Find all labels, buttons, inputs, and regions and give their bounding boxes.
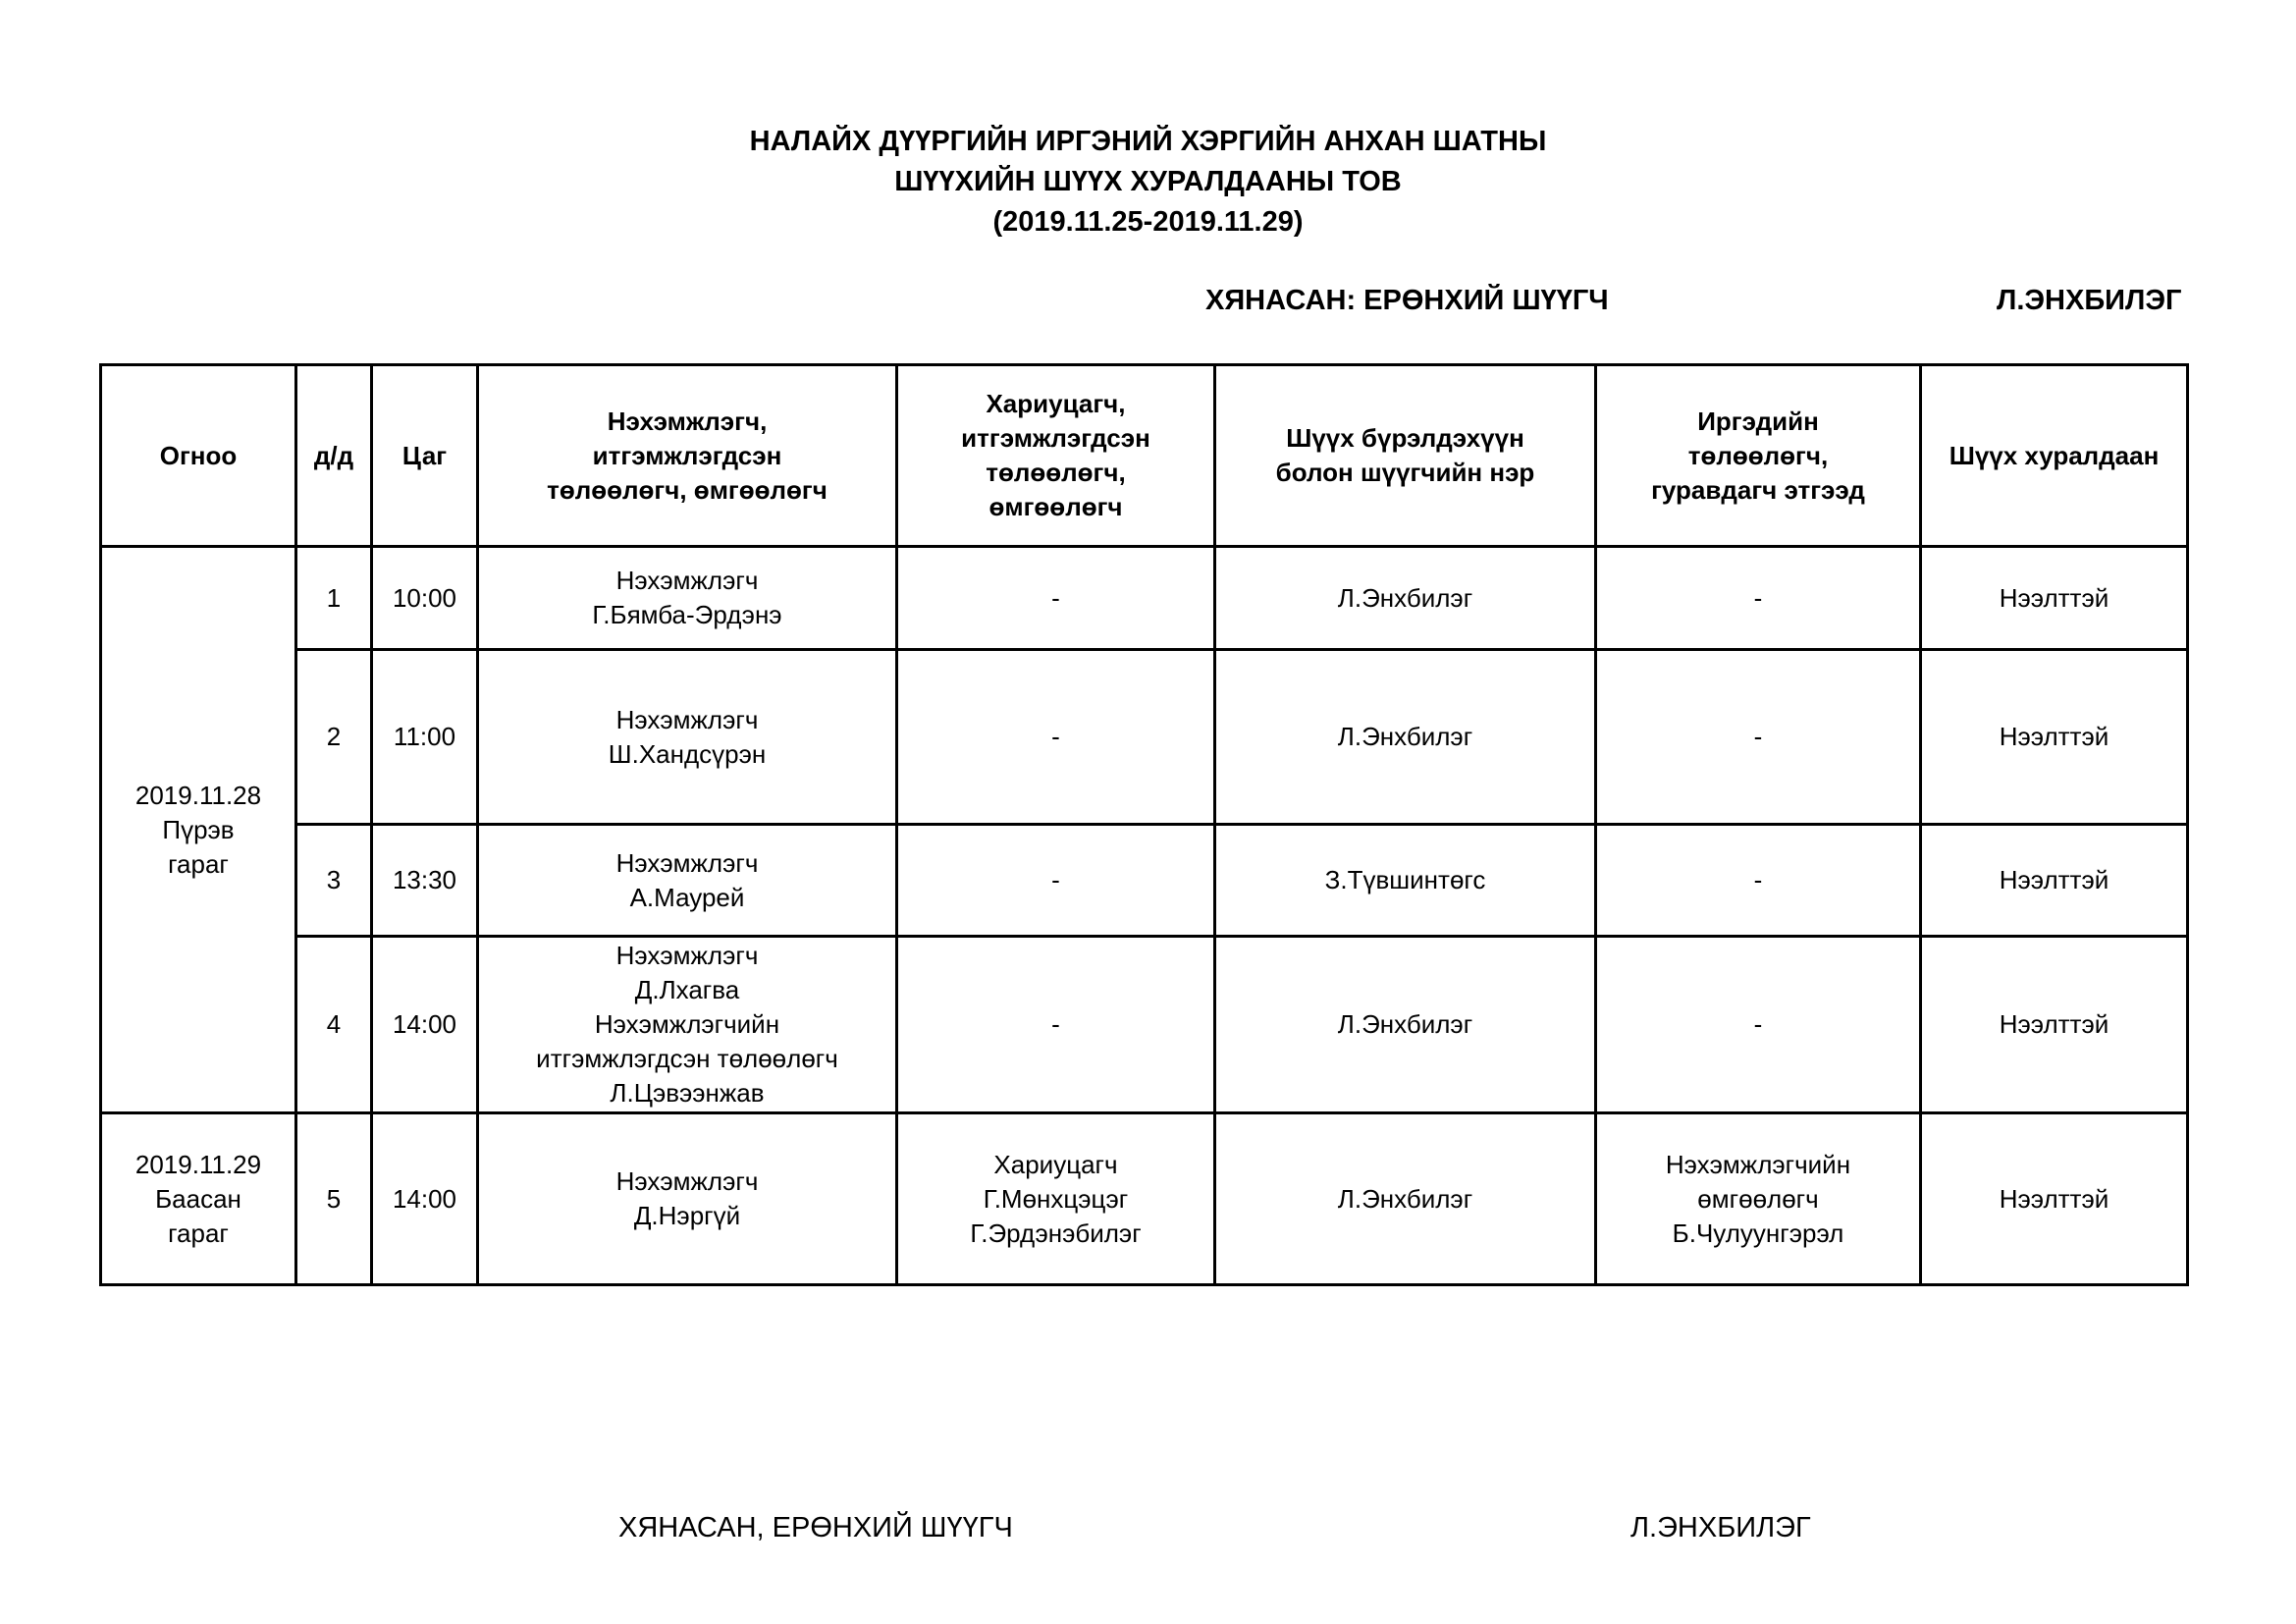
cell-line: Шүүх бүрэлдэхүүн xyxy=(1220,421,1590,456)
date-value: 2019.11.29 xyxy=(106,1148,291,1182)
row-defendant: - xyxy=(897,650,1215,825)
row-judge: Л.Энхбилэг xyxy=(1215,547,1596,650)
row-hearing-status: Нээлттэй xyxy=(1921,650,2188,825)
row-plaintiff: НэхэмжлэгчА.Маурей xyxy=(478,825,897,937)
row-time: 13:30 xyxy=(372,825,478,937)
cell-line: Нэхэмжлэгчийн xyxy=(483,1007,891,1042)
cell-line: Д.Лхагва xyxy=(483,973,891,1007)
cell-line: - xyxy=(902,720,1209,754)
cell-line: Д.Нэргүй xyxy=(483,1199,891,1233)
cell-line: Хариуцагч, xyxy=(902,387,1209,421)
header-plaintiff: Нэхэмжлэгч,итгэмжлэгдсэнтөлөөлөгч, өмгөө… xyxy=(478,365,897,547)
header-defendant: Хариуцагч,итгэмжлэгдсэнтөлөөлөгч,өмгөөлө… xyxy=(897,365,1215,547)
cell-line: Ш.Хандсүрэн xyxy=(483,737,891,772)
row-judge: Л.Энхбилэг xyxy=(1215,937,1596,1113)
row-plaintiff: НэхэмжлэгчШ.Хандсүрэн xyxy=(478,650,897,825)
reviewer-bottom-label: ХЯНАСАН, ЕРӨНХИЙ ШҮҮГЧ xyxy=(618,1512,1013,1544)
cell-line: итгэмжлэгдсэн төлөөлөгч xyxy=(483,1042,891,1076)
cell-line: итгэмжлэгдсэн xyxy=(483,439,891,473)
row-citizen-rep: НэхэмжлэгчийнөмгөөлөгчБ.Чулуунгэрэл xyxy=(1596,1113,1921,1285)
row-citizen-rep: - xyxy=(1596,825,1921,937)
title-line-1: НАЛАЙХ ДҮҮРГИЙН ИРГЭНИЙ ХЭРГИЙН АНХАН ША… xyxy=(0,122,2296,162)
header-judge: Шүүх бүрэлдэхүүнболон шүүгчийн нэр xyxy=(1215,365,1596,547)
cell-line: Г.Эрдэнэбилэг xyxy=(902,1217,1209,1251)
row-defendant: ХариуцагчГ.МөнхцэцэгГ.Эрдэнэбилэг xyxy=(897,1113,1215,1285)
cell-line: Нэхэмжлэгч xyxy=(483,703,891,737)
cell-line: Нэхэмжлэгчийн xyxy=(1601,1148,1915,1182)
cell-line: төлөөлөгч, өмгөөлөгч xyxy=(483,473,891,508)
cell-line: болон шүүгчийн нэр xyxy=(1220,456,1590,490)
weekday-line: Баасан xyxy=(106,1182,291,1217)
cell-line: д/д xyxy=(301,439,366,473)
cell-line: өмгөөлөгч xyxy=(1601,1182,1915,1217)
header-citizen-rep: Иргэдийнтөлөөлөгч,гуравдагч этгээд xyxy=(1596,365,1921,547)
cell-line: Нэхэмжлэгч xyxy=(483,846,891,881)
reviewer-top-label: ХЯНАСАН: ЕРӨНХИЙ ШҮҮГЧ xyxy=(1205,285,1609,317)
weekday-line: гараг xyxy=(106,847,291,882)
header-time: Цаг xyxy=(372,365,478,547)
row-citizen-rep: - xyxy=(1596,937,1921,1113)
table-row: 2019.11.29 Баасан гараг 5 14:00 Нэхэмжлэ… xyxy=(101,1113,2188,1285)
cell-line: төлөөлөгч, xyxy=(902,456,1209,490)
row-number: 4 xyxy=(296,937,372,1113)
row-judge: З.Түвшинтөгс xyxy=(1215,825,1596,937)
row-hearing-status: Нээлттэй xyxy=(1921,825,2188,937)
table-header-row: Огноо д/д Цаг Нэхэмжлэгч,итгэмжлэгдсэнтө… xyxy=(101,365,2188,547)
row-citizen-rep: - xyxy=(1596,547,1921,650)
cell-line: Г.Мөнхцэцэг xyxy=(902,1182,1209,1217)
cell-line: - xyxy=(902,863,1209,897)
cell-line: Нэхэмжлэгч xyxy=(483,1164,891,1199)
cell-line: - xyxy=(902,1007,1209,1042)
row-judge: Л.Энхбилэг xyxy=(1215,1113,1596,1285)
weekday-line: гараг xyxy=(106,1217,291,1251)
cell-line: - xyxy=(902,581,1209,616)
cell-line: Хариуцагч xyxy=(902,1148,1209,1182)
cell-line: Л.Цэвээнжав xyxy=(483,1076,891,1110)
cell-line: төлөөлөгч, xyxy=(1601,439,1915,473)
row-hearing-status: Нээлттэй xyxy=(1921,937,2188,1113)
row-time: 11:00 xyxy=(372,650,478,825)
cell-line: Г.Бямба-Эрдэнэ xyxy=(483,598,891,632)
header-hearing: Шүүх хуралдаан xyxy=(1921,365,2188,547)
row-hearing-status: Нээлттэй xyxy=(1921,1113,2188,1285)
cell-line: - xyxy=(1601,1007,1915,1042)
row-number: 3 xyxy=(296,825,372,937)
cell-line: Цаг xyxy=(377,439,472,473)
cell-line: Нэхэмжлэгч xyxy=(483,564,891,598)
row-number: 1 xyxy=(296,547,372,650)
reviewer-top-name: Л.ЭНХБИЛЭГ xyxy=(1997,285,2181,317)
cell-line: Шүүх хуралдаан xyxy=(1926,439,2182,473)
table-row: 3 13:30 НэхэмжлэгчА.Маурей - З.Түвшинтөг… xyxy=(101,825,2188,937)
cell-line: Нэхэмжлэгч, xyxy=(483,405,891,439)
table-row: 2 11:00 НэхэмжлэгчШ.Хандсүрэн - Л.Энхбил… xyxy=(101,650,2188,825)
date-cell: 2019.11.28 Пүрэв гараг xyxy=(101,547,296,1113)
title-date-range: (2019.11.25-2019.11.29) xyxy=(0,202,2296,243)
row-defendant: - xyxy=(897,825,1215,937)
table-row: 2019.11.28 Пүрэв гараг 1 10:00 Нэхэмжлэг… xyxy=(101,547,2188,650)
weekday-line: Пүрэв xyxy=(106,813,291,847)
row-citizen-rep: - xyxy=(1596,650,1921,825)
row-time: 10:00 xyxy=(372,547,478,650)
cell-line: өмгөөлөгч xyxy=(902,490,1209,524)
row-plaintiff: НэхэмжлэгчД.ЛхагваНэхэмжлэгчийнитгэмжлэг… xyxy=(478,937,897,1113)
row-time: 14:00 xyxy=(372,1113,478,1285)
cell-line: Нэхэмжлэгч xyxy=(483,939,891,973)
cell-line: - xyxy=(1601,581,1915,616)
row-defendant: - xyxy=(897,937,1215,1113)
row-plaintiff: НэхэмжлэгчД.Нэргүй xyxy=(478,1113,897,1285)
header-date: Огноо xyxy=(101,365,296,547)
cell-line: Б.Чулуунгэрэл xyxy=(1601,1217,1915,1251)
header-number: д/д xyxy=(296,365,372,547)
date-value: 2019.11.28 xyxy=(106,779,291,813)
cell-line: - xyxy=(1601,863,1915,897)
row-plaintiff: НэхэмжлэгчГ.Бямба-Эрдэнэ xyxy=(478,547,897,650)
cell-line: итгэмжлэгдсэн xyxy=(902,421,1209,456)
hearing-schedule-table: Огноо д/д Цаг Нэхэмжлэгч,итгэмжлэгдсэнтө… xyxy=(99,363,2189,1286)
row-defendant: - xyxy=(897,547,1215,650)
reviewer-bottom-name: Л.ЭНХБИЛЭГ xyxy=(1630,1512,1811,1544)
row-number: 2 xyxy=(296,650,372,825)
document-title: НАЛАЙХ ДҮҮРГИЙН ИРГЭНИЙ ХЭРГИЙН АНХАН ША… xyxy=(0,122,2296,243)
cell-line: А.Маурей xyxy=(483,881,891,915)
row-time: 14:00 xyxy=(372,937,478,1113)
date-cell: 2019.11.29 Баасан гараг xyxy=(101,1113,296,1285)
title-line-2: ШҮҮХИЙН ШҮҮХ ХУРАЛДААНЫ ТОВ xyxy=(0,162,2296,202)
cell-line: - xyxy=(1601,720,1915,754)
row-judge: Л.Энхбилэг xyxy=(1215,650,1596,825)
table-row: 4 14:00 НэхэмжлэгчД.ЛхагваНэхэмжлэгчийни… xyxy=(101,937,2188,1113)
row-number: 5 xyxy=(296,1113,372,1285)
cell-line: гуравдагч этгээд xyxy=(1601,473,1915,508)
cell-line: Иргэдийн xyxy=(1601,405,1915,439)
cell-line: Огноо xyxy=(106,439,291,473)
row-hearing-status: Нээлттэй xyxy=(1921,547,2188,650)
